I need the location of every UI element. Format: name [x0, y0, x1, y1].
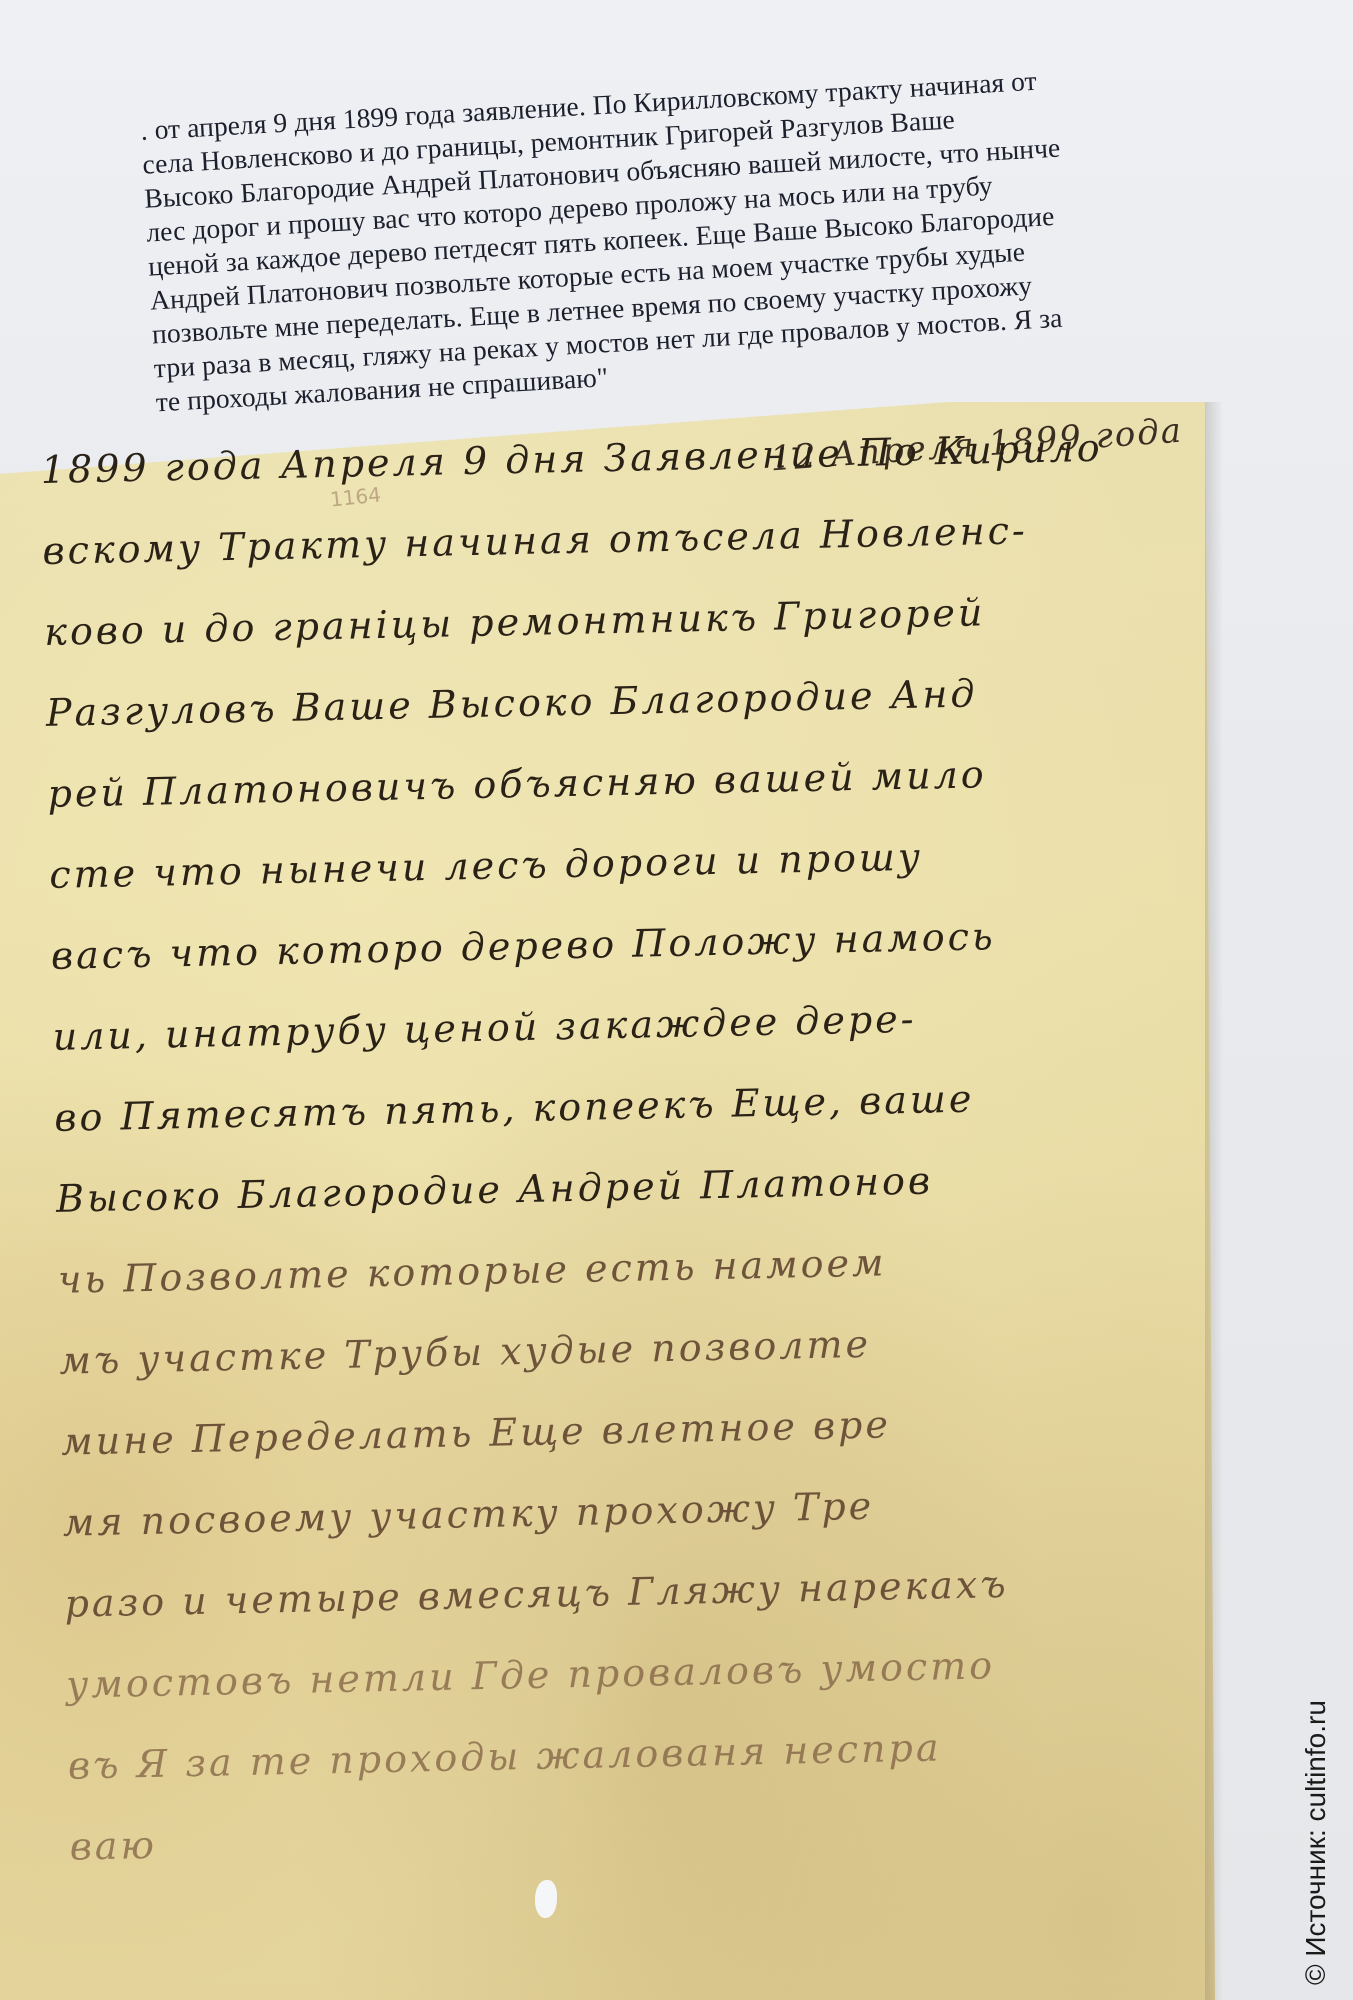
- handwritten-text: 1899 года Апреля 9 дня Заявление По Кири…: [40, 406, 1230, 1888]
- source-credit: © Источник: cultinfo.ru: [1300, 1700, 1332, 1985]
- typed-transcription: . от апреля 9 дня 1899 года заявление. П…: [135, 0, 1275, 419]
- exhibit-photo: . от апреля 9 дня 1899 года заявление. П…: [0, 0, 1353, 2000]
- paper-hole: [535, 1880, 557, 1918]
